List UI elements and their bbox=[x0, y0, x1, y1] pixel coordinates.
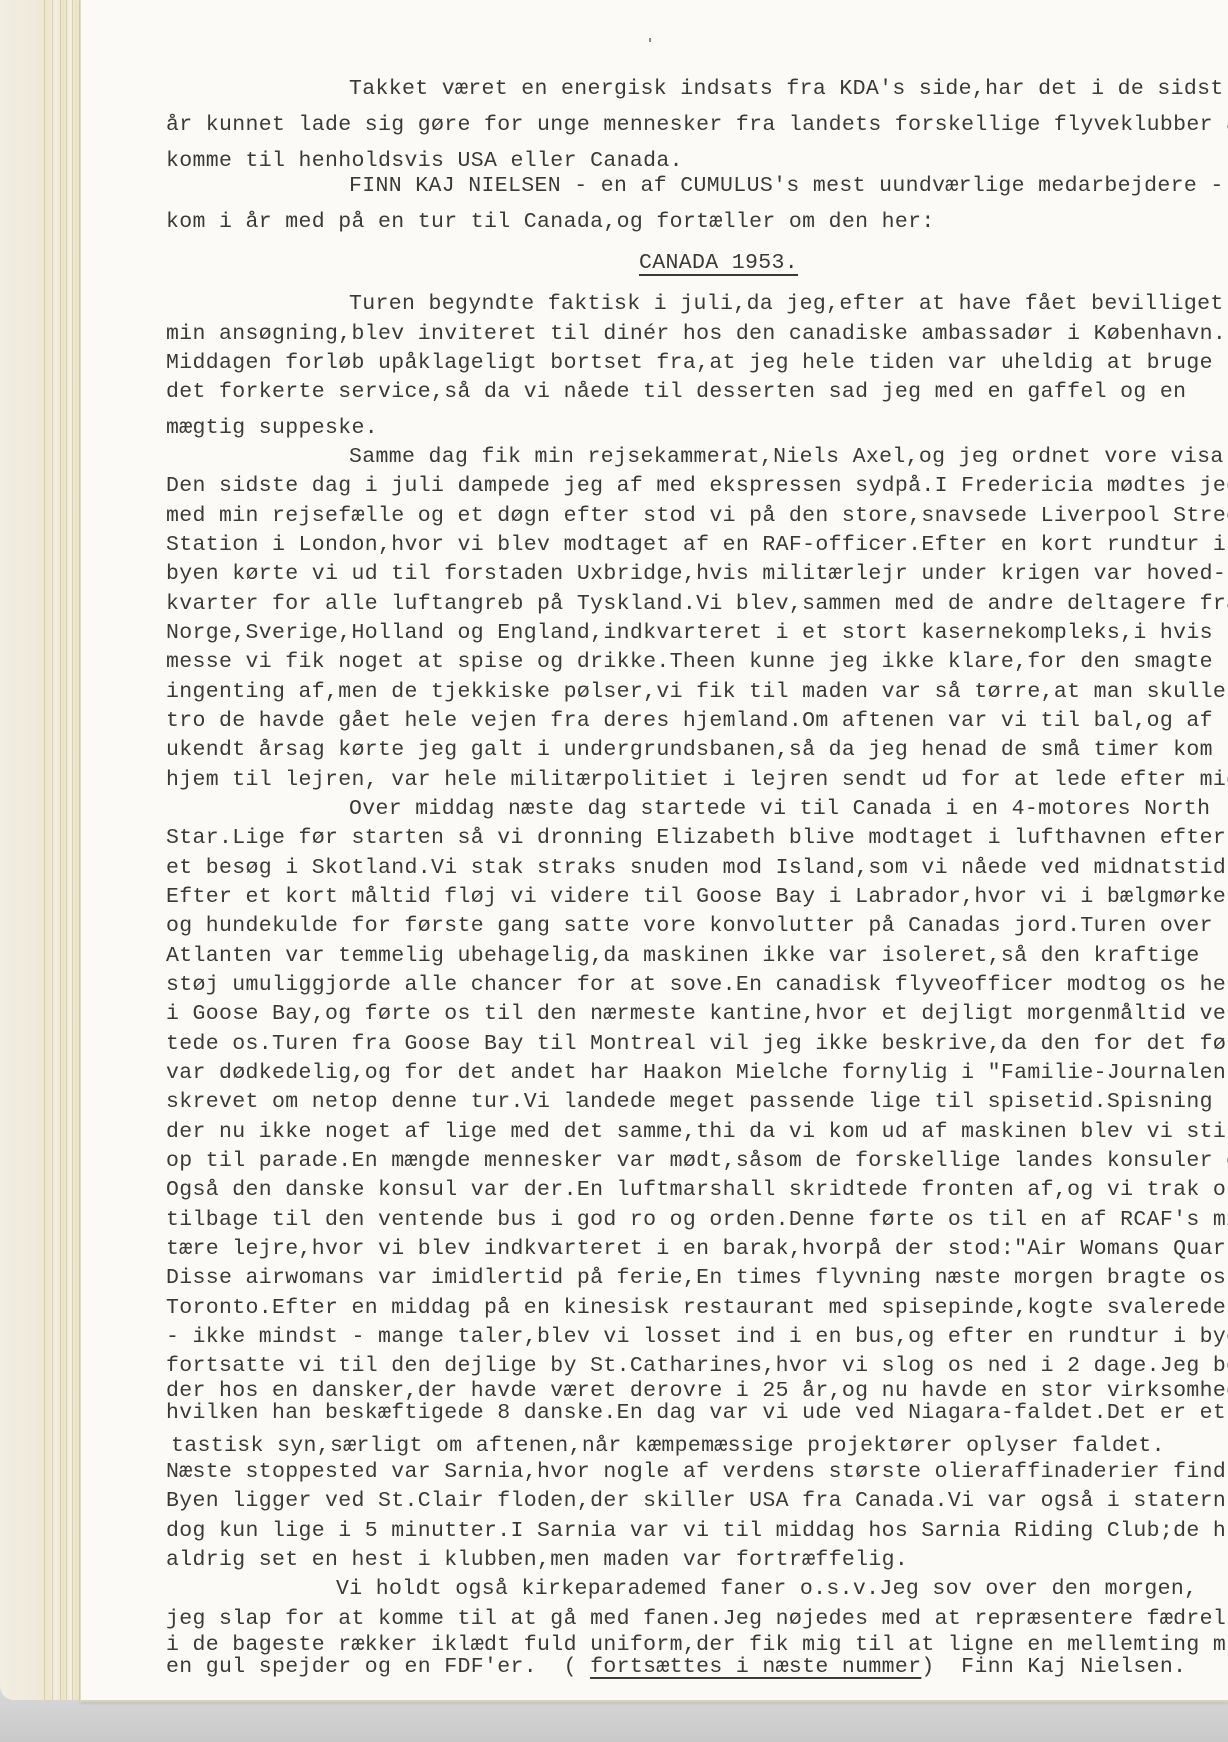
body-line: ukendt årsag kørte jeg galt i undergrund… bbox=[166, 740, 1213, 762]
body-line: Også den danske konsul var der.En luftma… bbox=[166, 1180, 1228, 1202]
body-line: Den sidste dag i juli dampede jeg af med… bbox=[166, 476, 1228, 498]
body-line: støj umuliggjorde alle chancer for at so… bbox=[166, 975, 1228, 997]
body-line: jeg slap for at komme til at gå med fane… bbox=[166, 1609, 1226, 1631]
body-line: Over middag næste dag startede vi til Ca… bbox=[349, 799, 1210, 821]
intro-line: kom i år med på en tur til Canada,og for… bbox=[166, 212, 935, 234]
body-line: Middagen forløb upåklageligt bortset fra… bbox=[166, 353, 1213, 375]
closing-signature: ) Finn Kaj Nielsen. bbox=[921, 1655, 1186, 1679]
intro-line: FINN KAJ NIELSEN - en af CUMULUS's mest … bbox=[349, 176, 1224, 198]
body-line: et besøg i Skotland.Vi stak straks snude… bbox=[166, 858, 1228, 880]
body-line: Samme dag fik min rejsekammerat,Niels Ax… bbox=[349, 447, 1224, 469]
body-line: tro de havde gået hele vejen fra deres h… bbox=[166, 711, 1213, 733]
intro-line: Takket været en energisk indsats fra KDA… bbox=[349, 79, 1224, 101]
body-line: og hundekulde for første gang satte vore… bbox=[166, 916, 1213, 938]
article-title: CANADA 1953. bbox=[639, 253, 798, 275]
closing-prefix: en gul spejder og en FDF'er. ( bbox=[166, 1655, 590, 1679]
body-line: skrevet om netop denne tur.Vi landede me… bbox=[166, 1092, 1228, 1114]
body-line: byen kørte vi ud til forstaden Uxbridge,… bbox=[166, 564, 1226, 586]
body-line: - ikke mindst - mange taler,blev vi loss… bbox=[166, 1327, 1228, 1349]
page-stack-edges bbox=[0, 0, 90, 1700]
body-line: op til parade.En mængde mennesker var mø… bbox=[166, 1151, 1228, 1173]
body-line: dog kun lige i 5 minutter.I Sarnia var v… bbox=[166, 1521, 1226, 1543]
body-line: Vi holdt også kirkeparademed faner o.s.v… bbox=[336, 1579, 1197, 1601]
body-line: Efter et kort måltid fløj vi videre til … bbox=[166, 887, 1226, 909]
body-line: tede os.Turen fra Goose Bay til Montreal… bbox=[166, 1034, 1228, 1056]
body-line: aldrig set en hest i klubben,men maden v… bbox=[166, 1550, 908, 1572]
intro-line: år kunnet lade sig gøre for unge mennesk… bbox=[166, 115, 1228, 137]
body-line: der hos en dansker,der havde været derov… bbox=[166, 1381, 1228, 1403]
body-line: hjem til lejren, var hele militærpolitie… bbox=[166, 770, 1228, 792]
body-line: Byen ligger ved St.Clair floden,der skil… bbox=[166, 1491, 1226, 1513]
continued-note: fortsættes i næste nummer bbox=[590, 1655, 921, 1679]
paper-speck bbox=[649, 38, 651, 42]
intro-line: komme til henholdsvis USA eller Canada. bbox=[166, 151, 683, 173]
body-line: Atlanten var temmelig ubehagelig,da mask… bbox=[166, 946, 1200, 968]
body-line: tastisk syn,særligt om aftenen,når kæmpe… bbox=[171, 1436, 1165, 1458]
body-line: mægtig suppeske. bbox=[166, 418, 378, 440]
body-line: der nu ikke noget af lige med det samme,… bbox=[166, 1122, 1228, 1144]
body-line: i de bageste rækker iklædt fuld uniform,… bbox=[166, 1635, 1226, 1657]
body-line: messe vi fik noget at spise og drikke.Th… bbox=[166, 652, 1213, 674]
body-line: Turen begyndte faktisk i juli,da jeg,eft… bbox=[349, 294, 1224, 316]
body-line: Næste stoppested var Sarnia,hvor nogle a… bbox=[166, 1462, 1226, 1484]
body-line: Star.Lige før starten så vi dronning Eli… bbox=[166, 828, 1226, 850]
body-line: i Goose Bay,og førte os til den nærmeste… bbox=[166, 1004, 1228, 1026]
body-line: kvarter for alle luftangreb på Tyskland.… bbox=[166, 594, 1228, 616]
closing-line: en gul spejder og en FDF'er. ( fortsætte… bbox=[166, 1657, 1186, 1679]
body-line: fortsatte vi til den dejlige by St.Catha… bbox=[166, 1356, 1228, 1378]
body-line: ingenting af,men de tjekkiske pølser,vi … bbox=[166, 682, 1226, 704]
typewritten-page: Takket været en energisk indsats fra KDA… bbox=[80, 0, 1228, 1702]
body-line: Norge,Sverige,Holland og England,indkvar… bbox=[166, 623, 1213, 645]
body-line: tilbage til den ventende bus i god ro og… bbox=[166, 1210, 1228, 1232]
body-line: Station i London,hvor vi blev modtaget a… bbox=[166, 535, 1226, 557]
body-line: Disse airwomans var imidlertid på ferie,… bbox=[166, 1268, 1226, 1290]
body-line: det forkerte service,så da vi nåede til … bbox=[166, 382, 1186, 404]
body-line: hvilken han beskæftigede 8 danske.En dag… bbox=[166, 1403, 1226, 1425]
body-line: var dødkedelig,og for det andet har Haak… bbox=[166, 1063, 1228, 1085]
body-line: med min rejsefælle og et døgn efter stod… bbox=[166, 506, 1228, 528]
body-line: min ansøgning,blev inviteret til dinér h… bbox=[166, 324, 1226, 346]
body-line: Toronto.Efter en middag på en kinesisk r… bbox=[166, 1298, 1228, 1320]
body-line: tære lejre,hvor vi blev indkvarteret i e… bbox=[166, 1239, 1228, 1261]
